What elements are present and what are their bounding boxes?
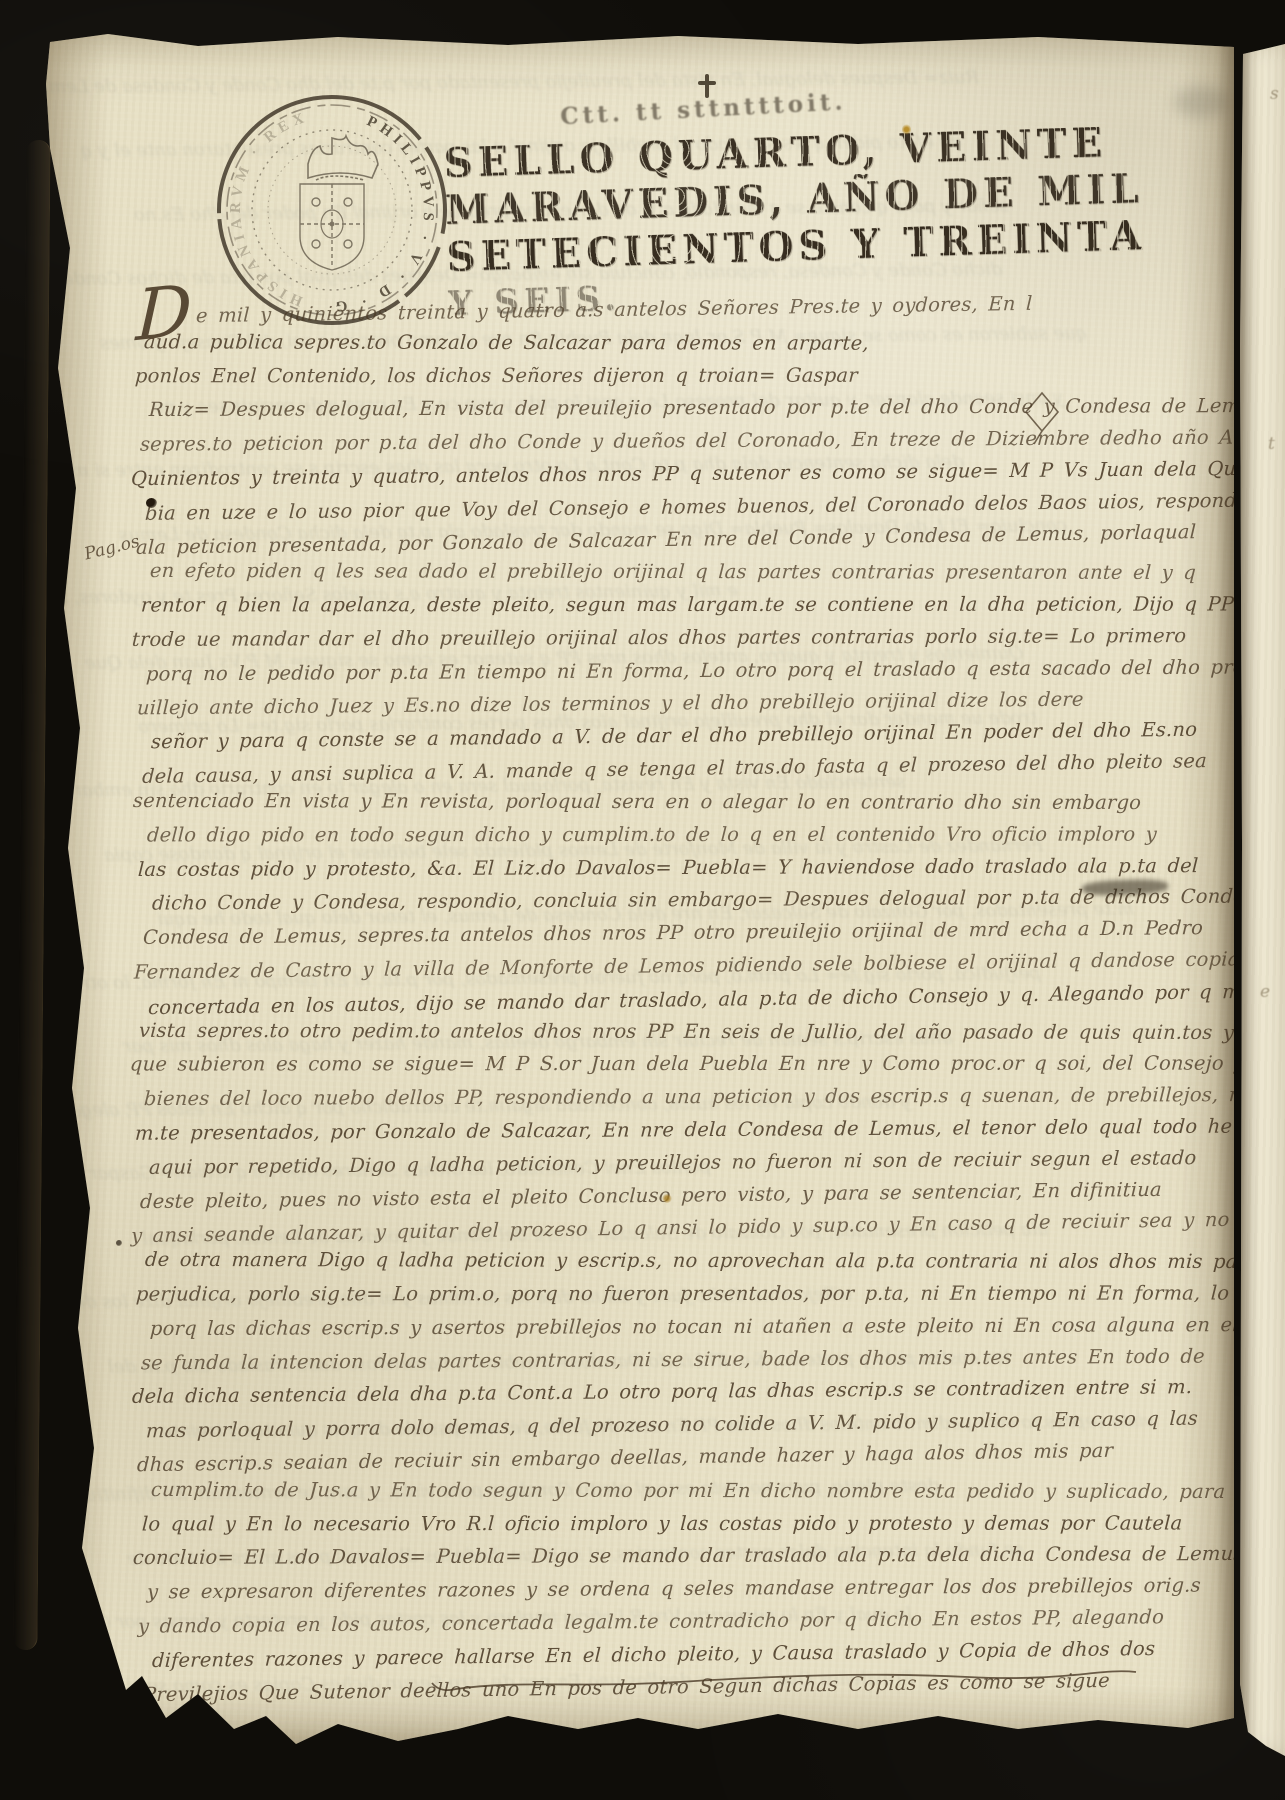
ink-speck: s <box>1270 84 1279 104</box>
paper-stain <box>902 124 911 135</box>
ink-speck <box>116 1240 122 1246</box>
manuscript-line: bia en uze e lo uso pior que Voy del Con… <box>145 488 1285 525</box>
manuscript-line: las costas pido y protesto, &a. El Liz.d… <box>137 854 1199 881</box>
manuscript-line: ponlos Enel Contenido, los dichos Señore… <box>134 363 858 387</box>
manuscript-line: lo qual y En lo necesario Vro R.l oficio… <box>141 1511 1183 1535</box>
manuscript-line: aud.a publica sepres.to Gonzalo de Salca… <box>143 330 869 354</box>
manuscript-line: y ansi seande alanzar, y quitar del proz… <box>131 1208 1230 1247</box>
manuscript-line: que subieron es como se sigue= M P S.or … <box>129 1052 1285 1076</box>
manuscript-line: Previlejios Que Sutenor deellos uno En p… <box>143 1668 1111 1705</box>
manuscript-line: Condesa de Lemus, sepres.ta antelos dhos… <box>143 916 1204 949</box>
manuscript-line: mas porloqual y porra dolo demas, q del … <box>146 1407 1199 1443</box>
adjacent-page-edge: ste <box>1240 44 1285 1756</box>
manuscript-line: Ruiz= Despues delogual, En vista del pre… <box>148 394 1263 421</box>
manuscript-line: m.te presentados, por Gonzalo de Salcaza… <box>134 1114 1285 1144</box>
manuscript-line: Quinientos y treinta y quatro, antelos d… <box>131 457 1249 490</box>
ink-blot <box>146 498 157 508</box>
manuscript-line: diferentes razones y parece hallarse En … <box>152 1637 1156 1672</box>
manuscript-line: concertada en los autos, dijo se mando d… <box>148 978 1285 1019</box>
underlying-page-edges <box>13 140 50 1650</box>
ornate-initial: D <box>135 269 194 358</box>
manuscript-line: sepres.to peticion por p.ta del dho Cond… <box>139 425 1285 455</box>
manuscript-line: porq las dichas escrip.s y asertos prebi… <box>149 1313 1267 1340</box>
manuscript-line: bienes del loco nuebo dellos PP, respond… <box>143 1083 1285 1110</box>
manuscript-line: uillejo ante dicho Juez y Es.no dize los… <box>137 687 1085 719</box>
ink-speck: t <box>1268 434 1275 454</box>
manuscript-line: y se expresaron diferentes razones y se … <box>146 1574 1201 1604</box>
manuscript-line: deste pleito, pues no visto esta el plei… <box>140 1177 1163 1212</box>
manuscript-line: aqui por repetido, Digo q ladha peticion… <box>149 1146 1197 1179</box>
manuscript-line: sentenciado En vista y En revista, porlo… <box>132 789 1141 814</box>
manuscript-line: cumplim.to de Jus.a y En todo segun y Co… <box>150 1478 1226 1503</box>
diamond-rubric-mark <box>1022 390 1062 448</box>
manuscript-line: y dando copia en los autos, concertada l… <box>138 1605 1165 1638</box>
manuscript-line: porq no le pedido por p.ta En tiempo ni … <box>145 655 1245 685</box>
ink-speck: e <box>1260 982 1270 1002</box>
manuscript-line: rentor q bien la apelanza, deste pleito,… <box>140 593 1234 617</box>
manuscript-line: vista sepres.to otro pedim.to antelos dh… <box>138 1018 1285 1043</box>
manuscript-line: en efeto piden q les sea dado el prebill… <box>149 559 1196 584</box>
manuscript-line: trode ue mandar dar el dho preuillejo or… <box>131 624 1186 651</box>
gutter-crease <box>1216 28 1234 1756</box>
manuscript-page: Ruiz= Despues delogual, En vista del pre… <box>38 28 1234 1756</box>
manuscript-line: e mil y quinientos treinta y quatro a.s … <box>196 292 1033 327</box>
manuscript-line: se funda la intencion delas partes contr… <box>140 1344 1205 1374</box>
manuscript-line: dello digo pido en todo segun dicho y cu… <box>146 822 1157 846</box>
manuscript-line: perjudica, porlo sig.te= Lo prim.o, porq… <box>135 1281 1281 1305</box>
manuscript-line: Fernandez de Castro y la villa de Monfor… <box>134 947 1240 983</box>
manuscript-line: señor y para q conste se a mandado a V. … <box>151 718 1198 754</box>
manuscript-line: dhas escrip.s seaian de reciuir sin emba… <box>137 1439 1114 1476</box>
paper-stain <box>662 1194 672 1203</box>
photograph-of-bound-manuscript: { "document_type": "Manuscrito judicial … <box>0 0 1285 1800</box>
manuscript-line: de otra manera Digo q ladha peticion y e… <box>144 1248 1277 1273</box>
manuscript-line: concluio= El L.do Davalos= Puebla= Digo … <box>132 1542 1244 1569</box>
manuscript-line: dela dicha sentencia dela dha p.ta Cont.… <box>132 1375 1193 1408</box>
manuscript-line: dela causa, y ansi suplica a V. A. mande… <box>142 749 1208 788</box>
manuscript-lines: e mil y quinientos treinta y quatro a.s … <box>38 28 1234 1756</box>
manuscript-line: ala peticion presentada, por Gonzalo de … <box>136 520 1197 559</box>
